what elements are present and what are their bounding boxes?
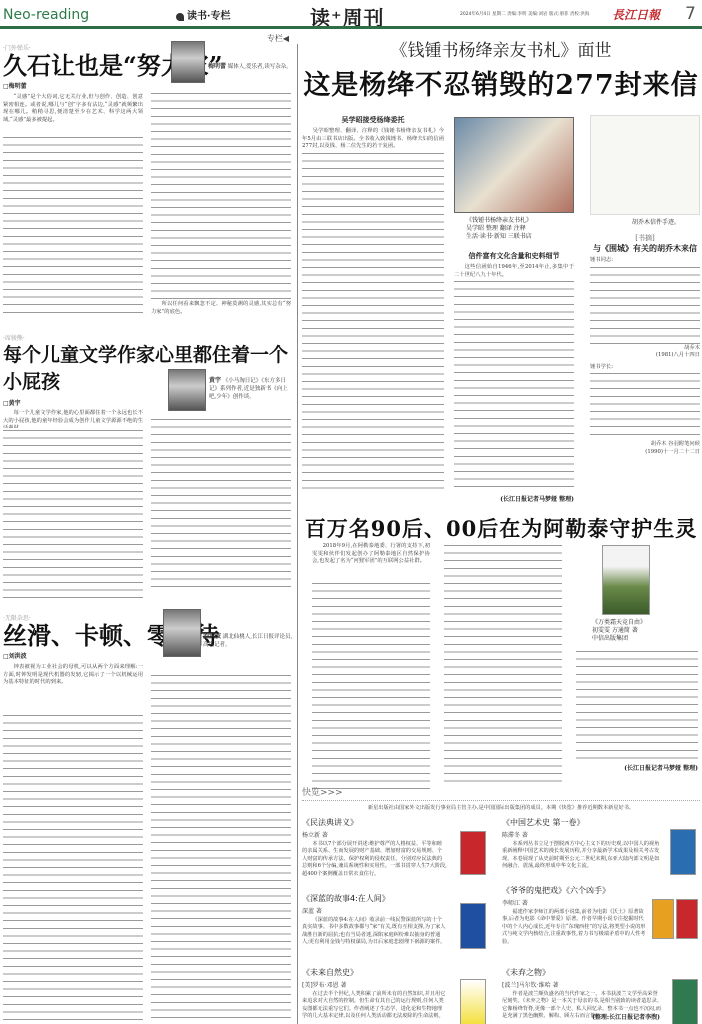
book-title: 《未来自然史》 — [302, 967, 492, 978]
article-body-col2 — [151, 91, 291, 301]
book-desc: 本书以7个部分展开讲述:维护尊严的人格权益、平等和睦的亲属关系、生而发展的财产基… — [302, 841, 447, 878]
bio-name: 梅明蕾 — [208, 63, 226, 70]
book-cover — [672, 979, 698, 1024]
excerpt-salutation: 锺书同志: — [590, 257, 700, 265]
author-photo — [163, 609, 201, 657]
article-byline: □刘洪波 — [3, 651, 295, 660]
section-body — [302, 151, 444, 491]
bio-name: 黄宇 — [209, 377, 221, 384]
caption-line: 中信出版集团 — [592, 635, 692, 643]
caption-line: 生活·读书·新知 三联书店 — [466, 233, 576, 241]
book-desc: 《深蓝的故事4:在人间》收录前一线民警深蓝所写的十个真实故事。书中多数故事都与“… — [302, 917, 447, 947]
book-cover — [460, 903, 486, 949]
book-item: 《未来自然史》 [美]罗布·邓恩 著 在过去半个世纪,人类积累了前所未有的自然知… — [302, 967, 492, 1021]
article-body — [3, 428, 143, 598]
book-cover — [670, 829, 696, 875]
header-rule — [0, 26, 702, 29]
article-lead: 2018年9月,在阿勒泰地委、行署的支持下,初雯雯和伙伴们发起创办了阿勒泰地区自… — [312, 543, 430, 566]
quick-label: 快览>>> — [302, 785, 700, 801]
excerpt-title: 与《围城》有关的胡乔木来信 — [590, 243, 700, 254]
left-column: 专栏◀ ·门外弹乐· 久石让也是“努力家” □梅明蕾 梅明蕾 媒体人,爱乐者,读… — [3, 33, 295, 1024]
feature-headline: 这是杨绛不忍销毁的277封来信 — [302, 63, 700, 102]
edition-meta: 2024年6月4日 星期二 责编:李明 美编:刘岩 版式:册菲 责校:洪海 — [460, 11, 589, 17]
quick-view-section: 快览>>> 新星出版社由国家外文出版发行事业局主管主办,是中国国际出版集团的成员… — [302, 785, 700, 1024]
book-photo — [454, 117, 574, 213]
page-number: 7 — [685, 4, 696, 24]
section-body — [454, 279, 574, 494]
excerpt-sign: 胡乔木 谷羽附笔问候 — [590, 441, 700, 449]
book-item: 《中国艺术史 第一卷》 陈滞冬 著 本系列丛书立足于摆脱西方中心主义下的历史观,… — [502, 817, 700, 871]
article-credit: (长江日报记者马梦娅 整理) — [454, 494, 574, 503]
book-title: 《爷爷的鬼把戏》《六个凶手》 — [502, 885, 700, 896]
book-caption: 《钱锺书杨绛亲友书札》 吴学昭 整理 翻译 注释 生活·读书·新知 三联书店 — [466, 217, 576, 241]
book-item: 《深蓝的故事4:在人间》 深蓝 著 《深蓝的故事4:在人间》收录前一线民警深蓝所… — [302, 893, 492, 947]
feature-subtitle: 《钱锺书杨绛亲友书札》面世 — [302, 36, 700, 61]
quick-credit: (整理:长江日报记者李煦) — [592, 1012, 660, 1021]
article-body-col3 — [576, 649, 698, 759]
caption-line: 吴学昭 整理 翻译 注释 — [466, 225, 576, 233]
section-lead: 吴学昭整理、翻译、注释的《钱锺书杨绛亲友书札》今年5月由三联书店出版。全书收入致… — [302, 128, 444, 151]
section-label: 读书·专栏 — [176, 7, 230, 22]
book-cover — [460, 979, 486, 1024]
feature-col1: 吴学昭接受杨绛委托 吴学昭整理、翻译、注释的《钱锺书杨绛亲友书札》今年5月由三联… — [302, 115, 444, 491]
book-desc: 本系列丛书立足于摆脱西方中心主义下的历史观,以中国人的视角重新阐释中国艺术的漫长… — [502, 841, 662, 871]
section-heading: 吴学昭接受杨绛委托 — [302, 115, 444, 125]
feature-col2: 信件富有文化含量和史料细节 这些信函始自1946年,至2014年止,多集中于二十… — [454, 251, 574, 503]
caption-line: 《钱锺书杨绛亲友书札》 — [466, 217, 576, 225]
book-title: 《未弃之物》 — [502, 967, 700, 978]
article-body-col2 — [444, 543, 562, 783]
book-item: 《民法典讲义》 杨立新 著 本书以7个部分展开讲述:维护尊严的人格权益、平等和睦… — [302, 817, 492, 878]
excerpt-date: (1990)十一月二十二日 — [590, 449, 700, 457]
article-body — [3, 713, 143, 1023]
article-byline: □梅明蕾 — [3, 81, 295, 90]
book-title: 《中国艺术史 第一卷》 — [502, 817, 700, 828]
book-cover — [652, 899, 674, 939]
caption-line: 《万类霜天竞自由》 — [592, 619, 692, 627]
book-desc: 在过去半个世纪,人类积累了前所未有的自然知识,并且用它来追求对大自然的控制。但生… — [302, 991, 447, 1021]
page-header: Neo-reading 读书·专栏 读⁺周刊 2024年6月4日 星期二 责编:… — [0, 0, 702, 30]
author-bio: 刘洪波 湖北仙桃人,长江日报评论员,高级记者。 — [203, 633, 293, 649]
section-heading: 信件富有文化含量和史料细节 — [454, 251, 574, 261]
article-credit: (长江日报记者马梦娅 整理) — [576, 763, 698, 772]
article-lead: “灵感”是个大俗词,它无关行业,但与创作、创造、创意紧密相连。或者说,哪儿与“创… — [3, 94, 143, 124]
leaf-icon — [176, 13, 184, 21]
excerpt-date: (1981)八月十四日 — [590, 352, 700, 360]
article-body-col2 — [151, 673, 291, 1023]
brand-label: Neo-reading — [3, 7, 89, 23]
article-children-writer: ·席骏熊· 每个儿童文学作家心里都住着一个小屁孩 □黄宇 黄宇 《小马淘日记》《… — [3, 333, 295, 433]
author-photo — [168, 369, 206, 411]
bio-text: 媒体人,爱乐者,读写杂杂。 — [228, 64, 292, 70]
book-grid: 《民法典讲义》 杨立新 著 本书以7个部分展开讲述:维护尊严的人格权益、平等和睦… — [302, 817, 700, 1024]
article-headline: 百万名90后、00后在为阿勒泰守护生灵 — [302, 513, 700, 543]
book-desc: 福建作家李师江的两部小说集,前者为电影《沃土》原著故事,后者为电影《命中罪爱》原… — [502, 909, 647, 946]
book-author: [波兰]马尔钦·维哈 著 — [502, 980, 700, 989]
column-divider — [297, 44, 298, 1024]
article-jiushirang: ·门外弹乐· 久石让也是“努力家” □梅明蕾 梅明蕾 媒体人,爱乐者,读写杂杂。… — [3, 43, 295, 124]
article-lead: 钟表被视为工业社会的母机,可以从两个方面来理解:一方面,时钟发明是现代机器的发轫… — [3, 664, 143, 687]
book-caption: 《万类霜天竞自由》 初雯雯 方通简 著 中信出版集团 — [592, 619, 692, 643]
bio-text: 《小马淘日记》《东方多日记》系列作者,近是独新书《向上吧,少年》创作谈。 — [209, 378, 288, 400]
quick-intro: 新星出版社由国家外文出版发行事业局主管主办,是中国国际出版集团的成员。本期《快览… — [302, 804, 700, 811]
article-kicker: ·席骏熊· — [3, 333, 295, 342]
excerpt-body — [590, 371, 700, 441]
article-closing: 所以任何看来飘忽不定、神秘莫测的灵感,其实总有“努力家”的底色。 — [151, 301, 291, 316]
excerpt-tag: [书摘] — [590, 233, 700, 243]
section-lead: 这些信函始自1946年,至2014年止,多集中于二十世纪八九十年代。 — [454, 264, 574, 279]
newspaper-logo: 長江日報 — [612, 6, 660, 23]
caption-line: 初雯雯 方通简 著 — [592, 627, 692, 635]
handwritten-letter — [590, 115, 700, 215]
article-body — [3, 135, 143, 315]
article-body-col2 — [151, 417, 291, 587]
article-smooth-lag: ·无限杂思· 丝滑、卡顿、零等待 □刘洪波 刘洪波 湖北仙桃人,长江日报评论员,… — [3, 613, 295, 687]
author-bio: 梅明蕾 媒体人,爱乐者,读写杂杂。 — [208, 63, 293, 71]
book-cover — [460, 831, 486, 875]
bio-name: 刘洪波 — [203, 633, 221, 640]
excerpt-salutation: 锺书学长: — [590, 364, 700, 372]
right-column: 《钱锺书杨绛亲友书札》面世 这是杨绛不忍销毁的277封来信 吴学昭接受杨绛委托 … — [302, 33, 700, 102]
book-item: 《爷爷的鬼把戏》《六个凶手》 李师江 著 福建作家李师江的两部小说集,前者为电影… — [502, 885, 700, 946]
letter-caption: 胡乔木信件手迹。 — [632, 219, 680, 227]
excerpt-body — [590, 265, 700, 345]
author-photo — [171, 41, 205, 83]
book-cover — [676, 899, 698, 939]
section-text: 读书·专栏 — [187, 11, 230, 22]
book-cover — [602, 545, 650, 615]
author-bio: 黄宇 《小马淘日记》《东方多日记》系列作者,近是独新书《向上吧,少年》创作谈。 — [209, 377, 293, 401]
excerpt-box: [书摘] 与《围城》有关的胡乔木来信 锺书同志: 胡乔木 (1981)八月十四日… — [590, 233, 700, 457]
book-title: 《民法典讲义》 — [302, 817, 492, 828]
article-body — [312, 581, 430, 791]
